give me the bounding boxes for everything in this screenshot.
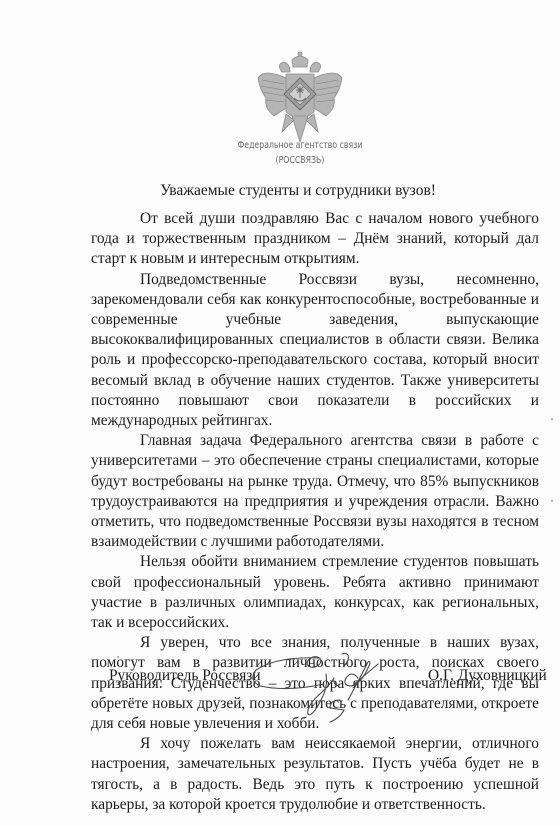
agency-name-block: Федеральное агентство связи (РОССВЯЗЬ): [218, 138, 382, 168]
paragraph-4: Нельзя обойти вниманием стремление студе…: [91, 552, 539, 633]
scan-speck: [117, 656, 119, 658]
signer-title: Руководитель Россвязи: [109, 667, 261, 685]
greeting-heading: Уважаемые студенты и сотрудники вузов!: [0, 182, 560, 200]
paragraph-1: От всей души поздравляю Вас с началом но…: [91, 209, 539, 270]
double-headed-eagle-emblem-icon: [252, 50, 348, 146]
paragraph-3: Главная задача Федерального агентства св…: [91, 431, 539, 552]
scan-speck: [551, 500, 553, 502]
paragraph-6: Я хочу пожелать вам неиссякаемой энергии…: [91, 734, 539, 815]
paragraph-2: Подведомственные Россвязи вузы, несомнен…: [91, 270, 539, 432]
handwritten-signature-icon: [248, 648, 388, 728]
scan-speck: [551, 418, 553, 420]
letter-page: Федеральное агентство связи (РОССВЯЗЬ) У…: [0, 0, 560, 825]
signer-name: О.Г. Духовницкий: [428, 667, 547, 685]
agency-name: Федеральное агентство связи: [218, 138, 382, 153]
agency-abbreviation: (РОССВЯЗЬ): [218, 153, 382, 168]
